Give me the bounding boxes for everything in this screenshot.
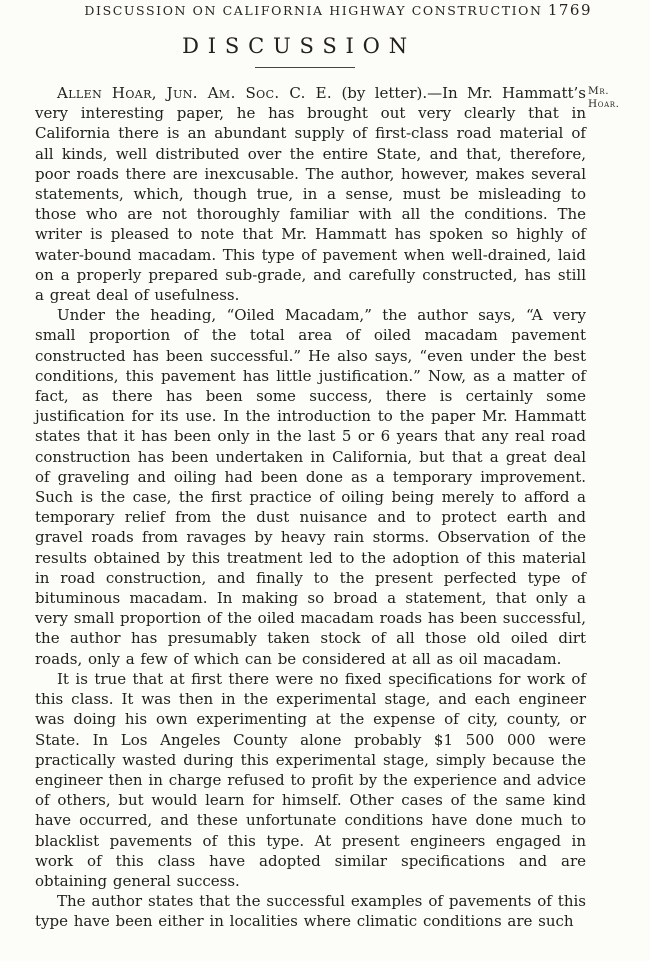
paragraph: Allen Hoar, Jun. Am. Soc. C. E. (by lett… bbox=[35, 83, 586, 305]
running-header-title: DISCUSSION ON CALIFORNIA HIGHWAY CONSTRU… bbox=[84, 3, 542, 18]
margin-note-line: Hoar. bbox=[588, 98, 648, 111]
paragraph-text: (by letter).—In Mr. Hammatt’s very inter… bbox=[35, 84, 586, 304]
running-header: DISCUSSION ON CALIFORNIA HIGHWAY CONSTRU… bbox=[35, 3, 592, 21]
text-block: Allen Hoar, Jun. Am. Soc. C. E. (by lett… bbox=[35, 83, 586, 932]
title-rule bbox=[255, 67, 355, 68]
margin-note: Mr. Hoar. bbox=[588, 85, 648, 110]
paragraph: The author states that the successful ex… bbox=[35, 891, 586, 931]
margin-note-line: Mr. bbox=[588, 85, 648, 98]
paragraph: It is true that at first there were no f… bbox=[35, 669, 586, 891]
paragraph: Under the heading, “Oiled Macadam,” the … bbox=[35, 305, 586, 669]
page-number: 1769 bbox=[548, 1, 592, 19]
section-title: DISCUSSION bbox=[0, 34, 624, 58]
speaker-name: Allen Hoar, Jun. Am. Soc. C. E. bbox=[57, 84, 332, 102]
book-page: DISCUSSION ON CALIFORNIA HIGHWAY CONSTRU… bbox=[0, 0, 650, 961]
